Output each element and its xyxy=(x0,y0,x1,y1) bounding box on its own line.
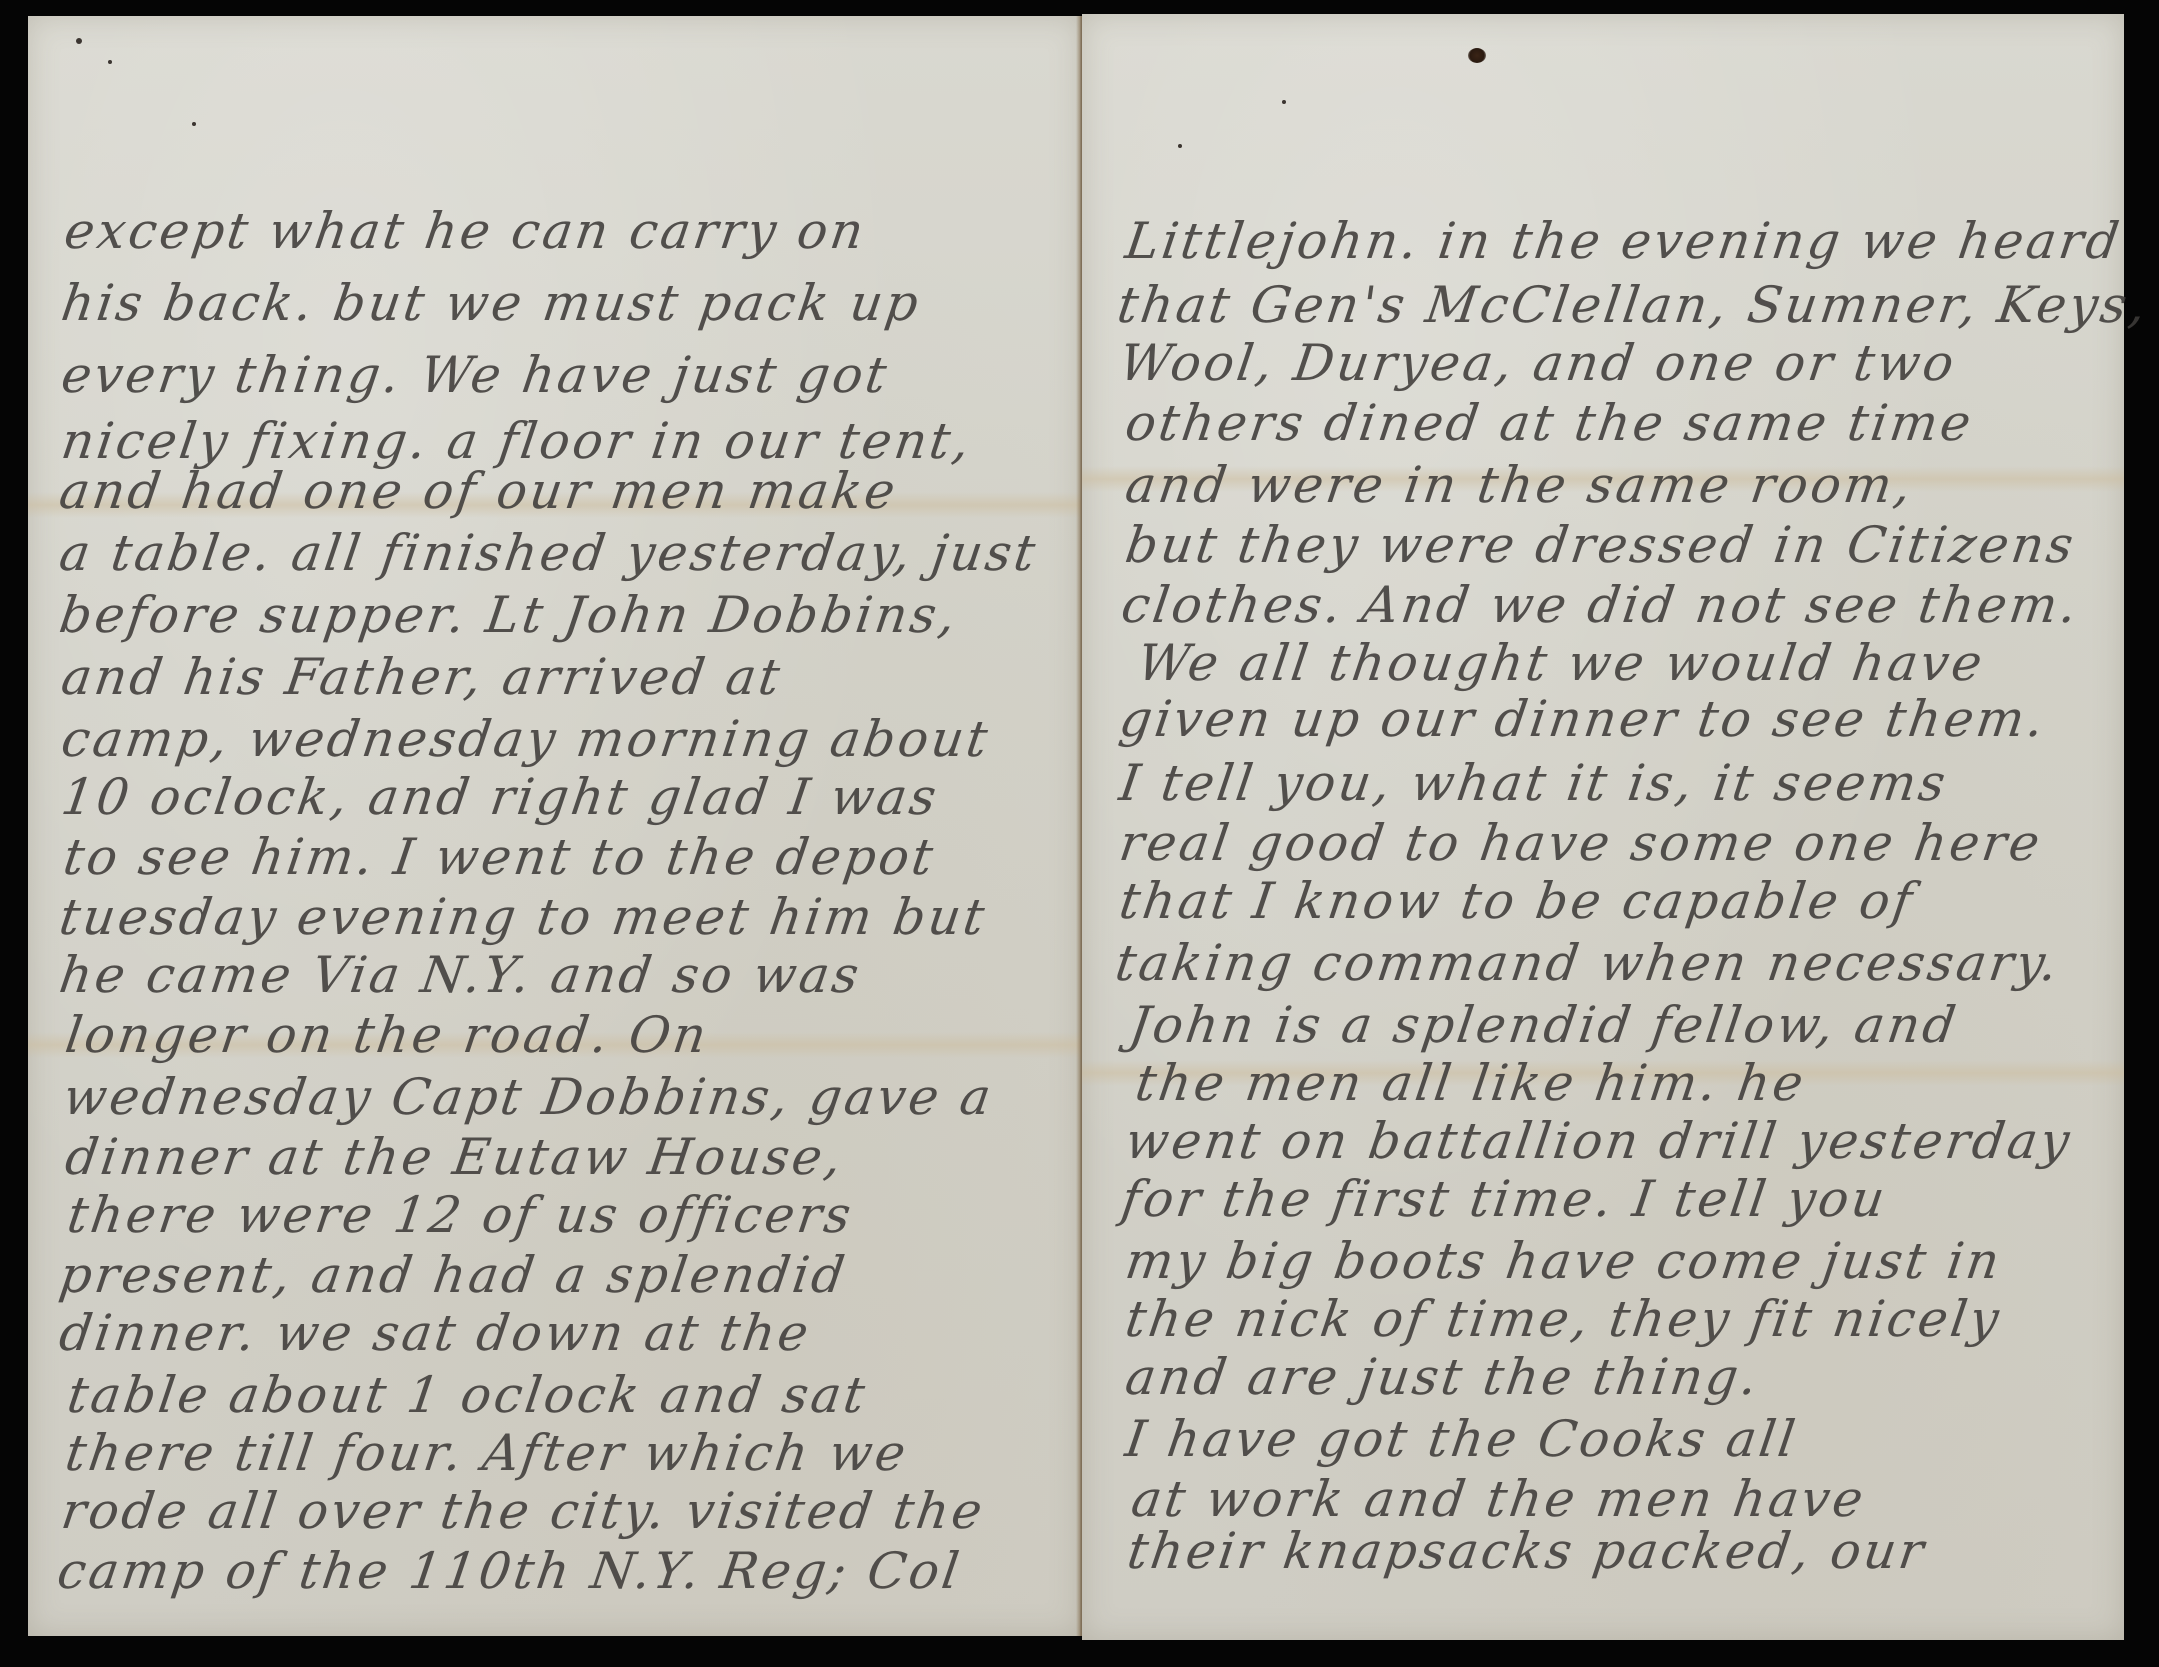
letter-line: We all thought we would have xyxy=(1134,634,1989,692)
left-page-text: except what he can carry on his back. bu… xyxy=(28,16,1081,1636)
letter-line: before supper. Lt John Dobbins, xyxy=(56,586,962,644)
letter-line: except what he can carry on xyxy=(61,202,870,260)
scanned-letter: except what he can carry on his back. bu… xyxy=(0,0,2159,1667)
letter-line: Littlejohn. in the evening we heard xyxy=(1122,212,2125,270)
letter-line: rode all over the city. visited the xyxy=(58,1482,989,1540)
letter-line: and his Father, arrived at xyxy=(58,648,786,706)
letter-line: their knapsacks packed, our xyxy=(1124,1522,1930,1580)
right-page-text: Littlejohn. in the evening we heard that… xyxy=(1082,14,2124,1640)
letter-line: taking command when necessary. xyxy=(1112,934,2064,992)
letter-line: real good to have some one here xyxy=(1116,814,2046,872)
letter-line: and were in the same room, xyxy=(1122,456,1917,514)
letter-line: his back. but we must pack up xyxy=(58,274,925,332)
letter-line: camp of the 110th N.Y. Reg; Col xyxy=(54,1542,965,1600)
right-page: Littlejohn. in the evening we heard that… xyxy=(1082,14,2124,1640)
letter-line: tuesday evening to meet him but xyxy=(56,888,991,946)
letter-line: every thing. We have just got xyxy=(58,346,893,404)
letter-line: to see him. I went to the depot xyxy=(60,828,939,886)
letter-line: he came Via N.Y. and so was xyxy=(56,946,865,1004)
letter-line: camp, wednesday morning about xyxy=(58,710,994,768)
letter-line: for the first time. I tell you xyxy=(1118,1170,1891,1228)
letter-line: longer on the road. On xyxy=(62,1006,713,1064)
letter-line: I have got the Cooks all xyxy=(1122,1410,1802,1468)
letter-line: given up our dinner to see them. xyxy=(1116,690,2050,748)
letter-line: a table. all finished yesterday, just xyxy=(56,524,1042,582)
letter-line: John is a splendid fellow, and xyxy=(1126,996,1962,1054)
letter-line: there till four. After which we xyxy=(62,1424,912,1482)
letter-line: clothes. And we did not see them. xyxy=(1118,576,2083,634)
letter-line: present, and had a splendid xyxy=(56,1246,851,1304)
letter-line: and had one of our men make xyxy=(56,462,902,520)
letter-line: wednesday Capt Dobbins, gave a xyxy=(60,1068,997,1126)
letter-line: at work and the men have xyxy=(1128,1470,1870,1528)
letter-line: dinner. we sat down at the xyxy=(56,1304,815,1362)
letter-line: that Gen's McClellan, Sumner, Keys, xyxy=(1114,276,2152,334)
letter-line: others dined at the same time xyxy=(1122,394,1977,452)
letter-line: 10 oclock, and right glad I was xyxy=(58,768,943,826)
letter-line: dinner at the Eutaw House, xyxy=(62,1128,848,1186)
letter-line: but they were dressed in Citizens xyxy=(1122,516,2080,574)
letter-line: my big boots have come just in xyxy=(1122,1232,2006,1290)
letter-line: went on battallion drill yesterday xyxy=(1122,1112,2076,1170)
letter-line: that I know to be capable of xyxy=(1116,872,1918,930)
letter-line: and are just the thing. xyxy=(1122,1348,1764,1406)
letter-line: the men all like him. he xyxy=(1132,1054,1810,1112)
letter-line: there were 12 of us officers xyxy=(64,1186,857,1244)
left-page: except what he can carry on his back. bu… xyxy=(28,16,1082,1636)
letter-line: the nick of time, they fit nicely xyxy=(1122,1290,2005,1348)
letter-line: Wool, Duryea, and one or two xyxy=(1116,334,1960,392)
letter-line: table about 1 oclock and sat xyxy=(64,1366,871,1424)
letter-line: I tell you, what it is, it seems xyxy=(1116,754,1952,812)
